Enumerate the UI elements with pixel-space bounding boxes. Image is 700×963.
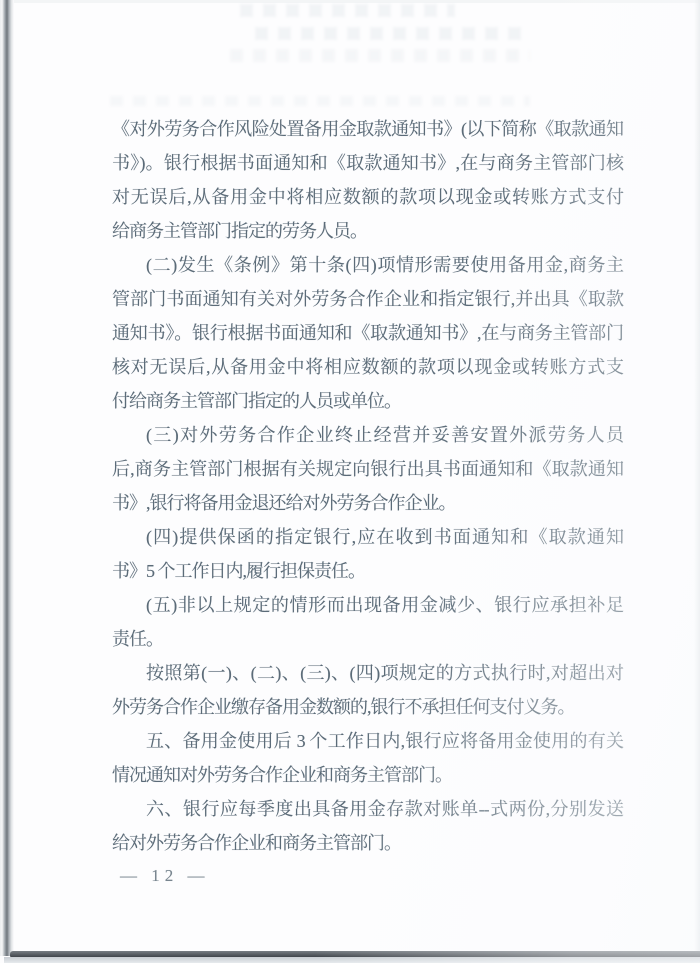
bottom-page-edge-shadow xyxy=(4,957,700,963)
text-line: 书》)。银行根据书面通知和《取款通知书》,在与商务主管部门核 xyxy=(112,146,623,180)
document-page: 《对外劳务合作风险处置备用金取款通知书》(以下简称《取款通知书》)。银行根据书面… xyxy=(0,0,700,963)
text-line: (二)发生《条例》第十条(四)项情形需要使用备用金,商务主 xyxy=(112,248,623,282)
bleed-through-artifact xyxy=(255,27,530,40)
left-binding-edge xyxy=(0,0,14,956)
text-line: 管部门书面通知有关对外劳务合作企业和指定银行,并出具《取款 xyxy=(112,282,623,316)
text-line: 给商务主管部门指定的劳务人员。 xyxy=(112,214,623,248)
text-line: 五、备用金使用后 3 个工作日内,银行应将备用金使用的有关 xyxy=(112,724,623,758)
bleed-through-artifact xyxy=(230,49,530,62)
top-page-edge xyxy=(14,0,700,3)
bleed-through-artifact xyxy=(110,96,530,106)
text-line: 核对无误后,从备用金中将相应数额的款项以现金或转账方式支 xyxy=(112,350,623,384)
text-line: (三)对外劳务合作企业终止经营并妥善安置外派劳务人员 xyxy=(112,418,623,452)
text-line: 后,商务主管部门根据有关规定向银行出具书面通知和《取款通知 xyxy=(112,452,623,486)
text-line: 责任。 xyxy=(112,622,623,656)
text-line: 通知书》。银行根据书面通知和《取款通知书》,在与商务主管部门 xyxy=(112,316,623,350)
text-line: 付给商务主管部门指定的人员或单位。 xyxy=(112,384,623,418)
text-line: 情况通知对外劳务合作企业和商务主管部门。 xyxy=(112,758,623,792)
document-body: 《对外劳务合作风险处置备用金取款通知书》(以下简称《取款通知书》)。银行根据书面… xyxy=(112,112,623,860)
page-number: — 12 — xyxy=(120,866,210,886)
text-line: 对无误后,从备用金中将相应数额的款项以现金或转账方式支付 xyxy=(112,180,623,214)
text-line: 《对外劳务合作风险处置备用金取款通知书》(以下简称《取款通知 xyxy=(112,112,623,146)
right-page-edge xyxy=(694,0,700,951)
text-line: 书》5 个工作日内,履行担保责任。 xyxy=(112,554,623,588)
text-line: 外劳务合作企业缴存备用金数额的,银行不承担任何支付义务。 xyxy=(112,690,623,724)
bleed-through-artifact xyxy=(240,4,455,17)
text-line: 按照第(一)、(二)、(三)、(四)项规定的方式执行时,对超出对 xyxy=(112,656,623,690)
text-line: (五)非以上规定的情形而出现备用金减少、银行应承担补足 xyxy=(112,588,623,622)
text-line: 六、银行应每季度出具备用金存款对账单--式两份,分别发送 xyxy=(112,792,623,826)
text-line: 给对外劳务合作企业和商务主管部门。 xyxy=(112,826,623,860)
text-line: 书》,银行将备用金退还给对外劳务合作企业。 xyxy=(112,486,623,520)
text-line: (四)提供保函的指定银行,应在收到书面通知和《取款通知 xyxy=(112,520,623,554)
